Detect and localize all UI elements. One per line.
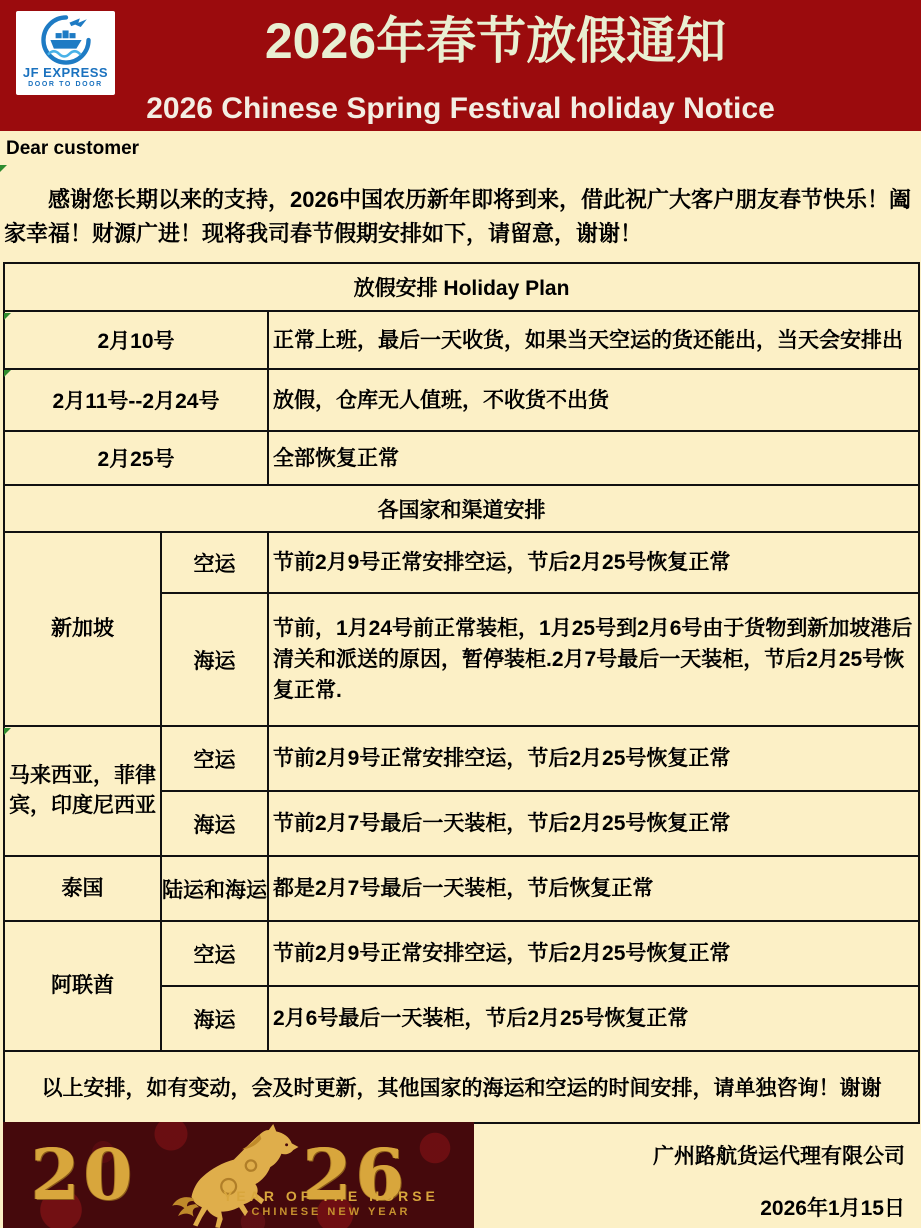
banner-caption-line1: YEAR OF THE HORSE — [191, 1188, 471, 1204]
table-row: 泰国 陆运和海运 都是2月7号最后一天装柜，节后恢复正常 — [4, 856, 919, 921]
page-title: 2026年春节放假通知 — [70, 10, 921, 72]
country-cell: 阿联酋 — [4, 921, 161, 1051]
table-row: 马来西亚，菲律宾，印度尼西亚 空运 节前2月9号正常安排空运，节后2月25号恢复… — [4, 726, 919, 791]
page-subtitle: 2026 Chinese Spring Festival holiday Not… — [0, 90, 921, 128]
cell-comment-marker — [4, 370, 11, 377]
country-cell: 泰国 — [4, 856, 161, 921]
channel-cell: 海运 — [161, 593, 268, 726]
table-row: 新加坡 空运 节前2月9号正常安排空运，节后2月25号恢复正常 — [4, 532, 919, 593]
cell-comment-marker — [4, 728, 11, 735]
channel-cell: 空运 — [161, 726, 268, 791]
table-row: 各国家和渠道安排 — [4, 485, 919, 532]
channel-cell: 空运 — [161, 921, 268, 986]
channel-cell: 陆运和海运 — [161, 856, 268, 921]
table-row: 放假安排 Holiday Plan — [4, 263, 919, 311]
cell-comment-marker — [0, 165, 7, 172]
desc-cell: 节前2月7号最后一天装柜，节后2月25号恢复正常 — [268, 791, 919, 856]
company-name: 广州路航货运代理有限公司 — [653, 1140, 905, 1170]
holiday-schedule-table: 放假安排 Holiday Plan 2月10号 正常上班，最后一天收货，如果当天… — [3, 262, 920, 1124]
desc-cell: 2月6号最后一天装柜，节后2月25号恢复正常 — [268, 986, 919, 1051]
banner-year-left: 20 — [31, 1136, 136, 1214]
desc-cell: 放假，仓库无人值班，不收货不出货 — [268, 369, 919, 431]
notice-page: JF EXPRESS DOOR TO DOOR 2026年春节放假通知 2026… — [0, 0, 921, 1228]
year-of-horse-banner: 20 26 YEAR OF THE HORSE CHINESE NEW YEAR — [3, 1122, 474, 1228]
desc-cell: 节前2月9号正常安排空运，节后2月25号恢复正常 — [268, 726, 919, 791]
channel-cell: 海运 — [161, 986, 268, 1051]
table-row: 以上安排，如有变动，会及时更新，其他国家的海运和空运的时间安排，请单独咨询！谢谢 — [4, 1051, 919, 1123]
note-cell: 以上安排，如有变动，会及时更新，其他国家的海运和空运的时间安排，请单独咨询！谢谢 — [4, 1051, 919, 1123]
logo-tagline: DOOR TO DOOR — [28, 80, 103, 89]
country-cell: 新加坡 — [4, 532, 161, 726]
date-cell: 2月10号 — [4, 311, 268, 369]
greeting-text: Dear customer — [6, 138, 139, 160]
table-row: 阿联酋 空运 节前2月9号正常安排空运，节后2月25号恢复正常 — [4, 921, 919, 986]
desc-cell: 都是2月7号最后一天装柜，节后恢复正常 — [268, 856, 919, 921]
desc-cell: 节前2月9号正常安排空运，节后2月25号恢复正常 — [268, 532, 919, 593]
table-row: 2月10号 正常上班，最后一天收货，如果当天空运的货还能出，当天会安排出 — [4, 311, 919, 369]
table-row: 2月25号 全部恢复正常 — [4, 431, 919, 485]
holiday-plan-header: 放假安排 Holiday Plan — [4, 263, 919, 311]
table-row: 2月11号--2月24号 放假，仓库无人值班，不收货不出货 — [4, 369, 919, 431]
country-cell: 马来西亚，菲律宾，印度尼西亚 — [4, 726, 161, 856]
channels-header: 各国家和渠道安排 — [4, 485, 919, 532]
notice-date: 2026年1月15日 — [760, 1192, 905, 1222]
banner-caption-line2: CHINESE NEW YEAR — [191, 1206, 471, 1218]
desc-cell: 正常上班，最后一天收货，如果当天空运的货还能出，当天会安排出 — [268, 311, 919, 369]
desc-cell: 全部恢复正常 — [268, 431, 919, 485]
cell-comment-marker — [4, 313, 11, 320]
date-cell: 2月11号--2月24号 — [4, 369, 268, 431]
intro-paragraph: 感谢您长期以来的支持，2026中国农历新年即将到来，借此祝广大客户朋友春节快乐！… — [4, 183, 917, 251]
desc-cell: 节前2月9号正常安排空运，节后2月25号恢复正常 — [268, 921, 919, 986]
date-cell: 2月25号 — [4, 431, 268, 485]
desc-cell: 节前，1月24号前正常装柜，1月25号到2月6号由于货物到新加坡港后清关和派送的… — [268, 593, 919, 726]
channel-cell: 海运 — [161, 791, 268, 856]
channel-cell: 空运 — [161, 532, 268, 593]
header-band: JF EXPRESS DOOR TO DOOR 2026年春节放假通知 2026… — [0, 0, 921, 131]
